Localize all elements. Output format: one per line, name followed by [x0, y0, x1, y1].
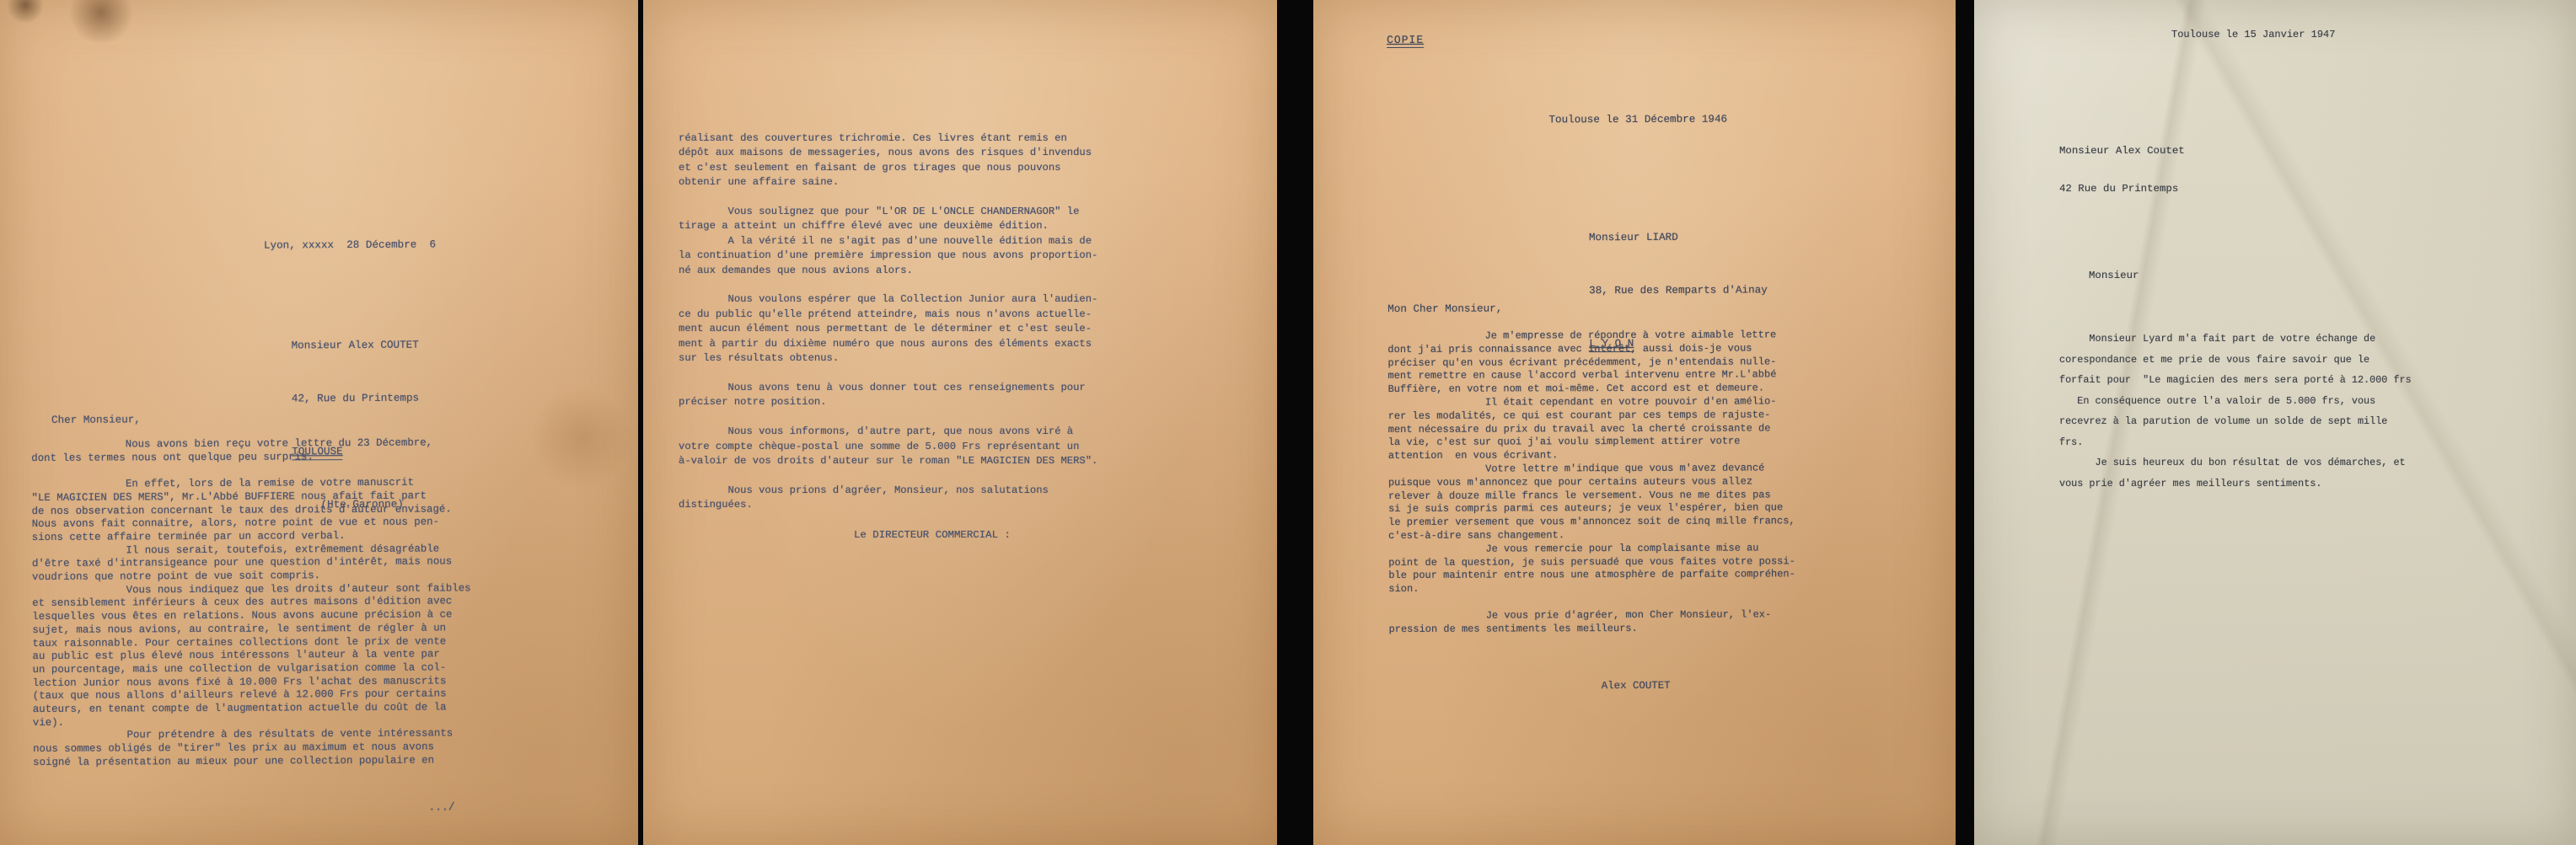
letter4-recipient-name: Monsieur Alex Coutet — [2059, 145, 2185, 157]
letter1-body: Nous avons bien reçu votre lettre du 23 … — [31, 436, 627, 769]
letter-page-2: réalisant des couvertures trichromie. Ce… — [643, 0, 1277, 845]
letter4-recipient-street: 42 Rue du Printemps — [2059, 183, 2178, 195]
letter3-dateline: Toulouse le 31 Décembre 1946 — [1548, 114, 1727, 126]
letter3-body: Je m'empresse de répondre à votre aimabl… — [1387, 329, 1877, 636]
letter1-continuation-mark: .../ — [428, 800, 454, 813]
letter-page-1: Lyon, xxxxx 28 Décembre 6 Monsieur Alex … — [0, 0, 638, 845]
scanned-letters-strip: Lyon, xxxxx 28 Décembre 6 Monsieur Alex … — [0, 0, 2576, 845]
letter1-salutation: Cher Monsieur, — [51, 414, 141, 426]
letter4-body: Monsieur Lyard m'a fait part de votre éc… — [2059, 329, 2531, 494]
letter3-copy-label-text: COPIE — [1387, 35, 1424, 48]
letter4-dateline: Toulouse le 15 Janvier 1947 — [2171, 29, 2335, 40]
letter-page-4: Toulouse le 15 Janvier 1947 Monsieur Ale… — [1974, 0, 2576, 845]
letter3-copy-label: COPIE — [1387, 34, 1424, 48]
letter2-body: réalisant des couvertures trichromie. Ce… — [679, 131, 1184, 513]
letter3-salutation: Mon Cher Monsieur, — [1387, 303, 1502, 315]
letter3-recipient-name: Monsieur LIARD — [1589, 228, 1768, 247]
letter-page-3: COPIE Toulouse le 31 Décembre 1946 Monsi… — [1313, 0, 1956, 845]
letter1-dateline: Lyon, xxxxx 28 Décembre 6 — [264, 239, 436, 252]
letter1-recipient-name: Monsieur Alex COUTET — [292, 337, 419, 356]
letter4-salutation: Monsieur — [2089, 270, 2139, 281]
letter3-signature: Alex COUTET — [1602, 680, 1671, 692]
letter3-recipient-street: 38, Rue des Remparts d'Ainay — [1589, 281, 1768, 300]
letter2-signoff: Le DIRECTEUR COMMERCIAL : — [854, 529, 1011, 541]
letter3-content: COPIE Toulouse le 31 Décembre 1946 Monsi… — [1313, 0, 1956, 845]
letter1-recipient-street: 42, Rue du Printemps — [292, 390, 419, 409]
letter1-content: Lyon, xxxxx 28 Décembre 6 Monsieur Alex … — [0, 0, 638, 845]
